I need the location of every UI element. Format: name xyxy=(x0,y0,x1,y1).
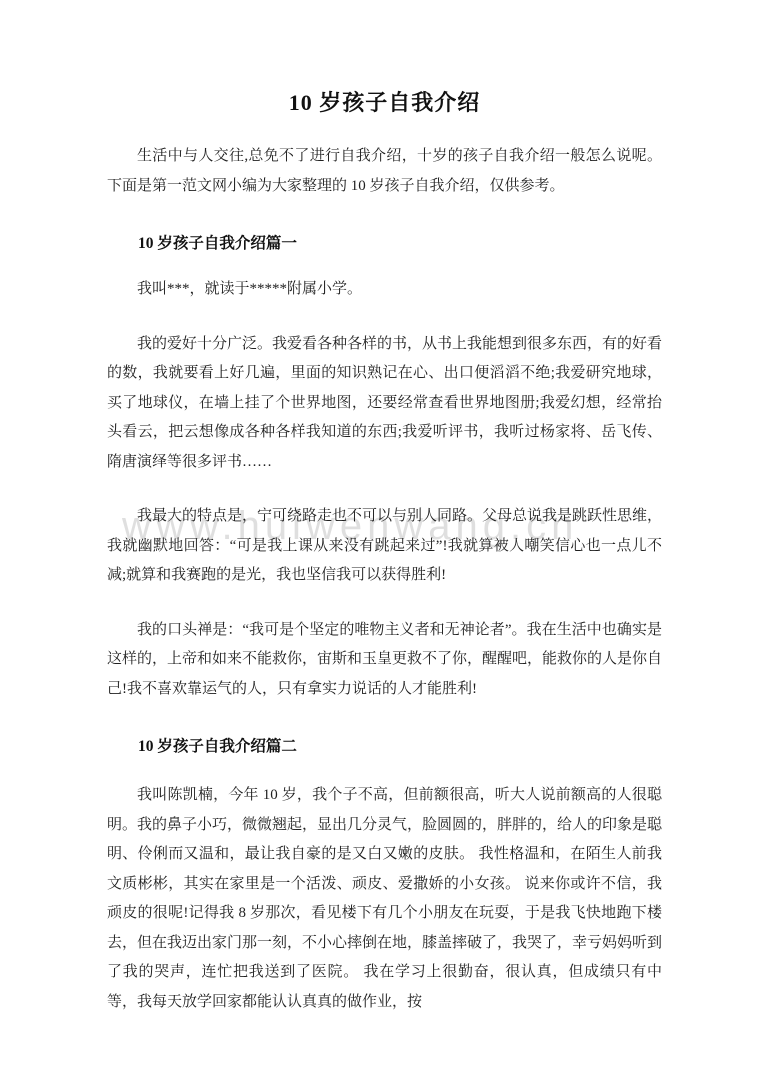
paragraph: 我最大的特点是，宁可绕路走也不可以与别人同路。父母总说我是跳跃性思维，我就幽默地… xyxy=(107,502,662,591)
document-content: 10 岁孩子自我介绍 生活中与人交往,总免不了进行自我介绍，十岁的孩子自我介绍一… xyxy=(0,0,763,1017)
section-2-heading: 10 岁孩子自我介绍篇二 xyxy=(107,734,662,756)
document-page: www.huiwenwang.cn 10 岁孩子自我介绍 生活中与人交往,总免不… xyxy=(0,0,763,1080)
page-title: 10 岁孩子自我介绍 xyxy=(107,86,662,117)
paragraph: 我叫陈凯楠，今年 10 岁，我个子不高，但前额很高，听大人说前额高的人很聪明。我… xyxy=(107,781,662,1017)
intro-paragraph: 生活中与人交往,总免不了进行自我介绍，十岁的孩子自我介绍一般怎么说呢。下面是第一… xyxy=(107,142,662,201)
paragraph: 我的爱好十分广泛。我爱看各种各样的书，从书上我能想到很多东西，有的好看的数，我就… xyxy=(107,330,662,478)
paragraph: 我叫***，就读于*****附属小学。 xyxy=(107,275,662,305)
section-1-heading: 10 岁孩子自我介绍篇一 xyxy=(107,231,662,253)
paragraph: 我的口头禅是：“我可是个坚定的唯物主义者和无神论者”。我在生活中也确实是这样的，… xyxy=(107,616,662,705)
